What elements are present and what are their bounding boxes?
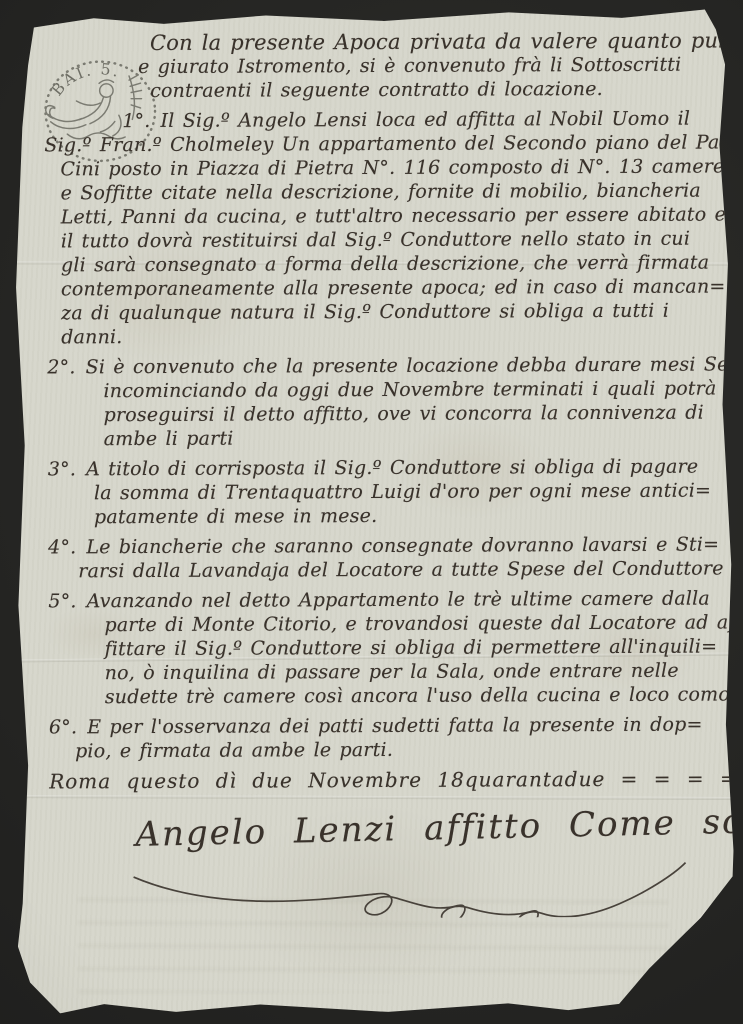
manuscript-line: incominciando da oggi due Novembre termi… — [103, 377, 712, 404]
clause-number: 5°. — [48, 589, 76, 613]
manuscript-line: danni. — [61, 323, 712, 350]
clause: 4°.Le biancherie che saranno consegnate … — [48, 533, 713, 584]
manuscript-line: il tutto dovrà restituirsi dal Sig.º Con… — [61, 227, 712, 254]
manuscript-line: la somma di Trentaquattro Luigi d'oro pe… — [94, 479, 713, 506]
signature: Angelo Lenzi affitto Come sopra — [135, 800, 743, 855]
clause-number: 4°. — [48, 535, 76, 559]
manuscript-line: no, ò inquilina di passare per la Sala, … — [105, 659, 714, 686]
clause-number: 6°. — [49, 715, 77, 739]
manuscript-line: rarsi dalla Lavandaja del Locatore a tut… — [78, 557, 713, 584]
fold-crease — [7, 795, 738, 800]
manuscript-line: patamente di mese in mese. — [94, 503, 713, 530]
manuscript-line: Sig.º Fran.º Cholmeley Un appartamento d… — [44, 131, 711, 158]
manuscript-line: 2°.Si è convenuto che la presente locazi… — [47, 353, 712, 380]
manuscript-line: parte di Monte Citorio, e trovandosi que… — [104, 611, 713, 638]
opening-paragraph: Con la presente Apoca privata da valere … — [150, 29, 711, 103]
manuscript-line: Cini posto in Piazza di Pietra N°. 116 c… — [60, 155, 711, 182]
manuscript-line: pio, e firmata da ambe le parti. — [75, 737, 714, 764]
manuscript-line: 4°.Le biancherie che saranno consegnate … — [48, 533, 713, 560]
dateline: Roma questo dì due Novembre 18quarantadu… — [49, 767, 714, 794]
manuscript-line: fittare il Sig.º Conduttore si obliga di… — [105, 635, 714, 662]
manuscript-line: Letti, Panni da cucina, e tutt'altro nec… — [61, 203, 712, 230]
clause: 1°.Il Sig.º Angelo Lensi loca ed affitta… — [46, 107, 712, 350]
manuscript-line: proseguirsi il detto affitto, ove vi con… — [104, 401, 713, 428]
clause: 6°.E per l'osservanza dei patti sudetti … — [49, 713, 714, 764]
manuscript-line: gli sarà consegnato a forma della descri… — [61, 251, 712, 278]
clauses: 1°.Il Sig.º Angelo Lensi loca ed affitta… — [46, 107, 714, 764]
clause: 5°.Avanzando nel detto Appartamento le t… — [48, 587, 714, 710]
manuscript-line: 1°.Il Sig.º Angelo Lensi loca ed affitta… — [122, 107, 711, 134]
manuscript-page: BAI. 5. Con la presente Apoca privata da… — [4, 2, 739, 1019]
manuscript-line: contraenti il seguente contratto di loca… — [150, 77, 711, 103]
manuscript-line: ambe li parti — [104, 425, 713, 452]
manuscript-line: e giurato Istromento, si è convenuto frà… — [138, 53, 711, 79]
manuscript-line: 5°.Avanzando nel detto Appartamento le t… — [48, 587, 713, 614]
manuscript-line: e Soffitte citate nella descrizione, for… — [61, 179, 712, 206]
photo-background: BAI. 5. Con la presente Apoca privata da… — [0, 0, 743, 1024]
clause-number: 1°. — [122, 109, 150, 133]
manuscript-line: contemporaneamente alla presente apoca; … — [61, 275, 712, 302]
manuscript-line: 3°.A titolo di corrisposta il Sig.º Cond… — [48, 455, 713, 482]
clause: 3°.A titolo di corrisposta il Sig.º Cond… — [48, 455, 713, 530]
clause-number: 2°. — [47, 355, 75, 379]
manuscript-line: 6°.E per l'osservanza dei patti sudetti … — [49, 713, 714, 740]
clause-number: 3°. — [48, 457, 76, 481]
clause: 2°.Si è convenuto che la presente locazi… — [47, 353, 712, 452]
signature-flourish-icon — [127, 853, 693, 919]
manuscript-line: sudette trè camere così ancora l'uso del… — [105, 683, 714, 710]
manuscript-line: za di qualunque natura il Sig.º Condutto… — [61, 299, 712, 326]
manuscript-body: Con la presente Apoca privata da valere … — [46, 29, 714, 794]
manuscript-line: Con la presente Apoca privata da valere … — [150, 29, 711, 55]
